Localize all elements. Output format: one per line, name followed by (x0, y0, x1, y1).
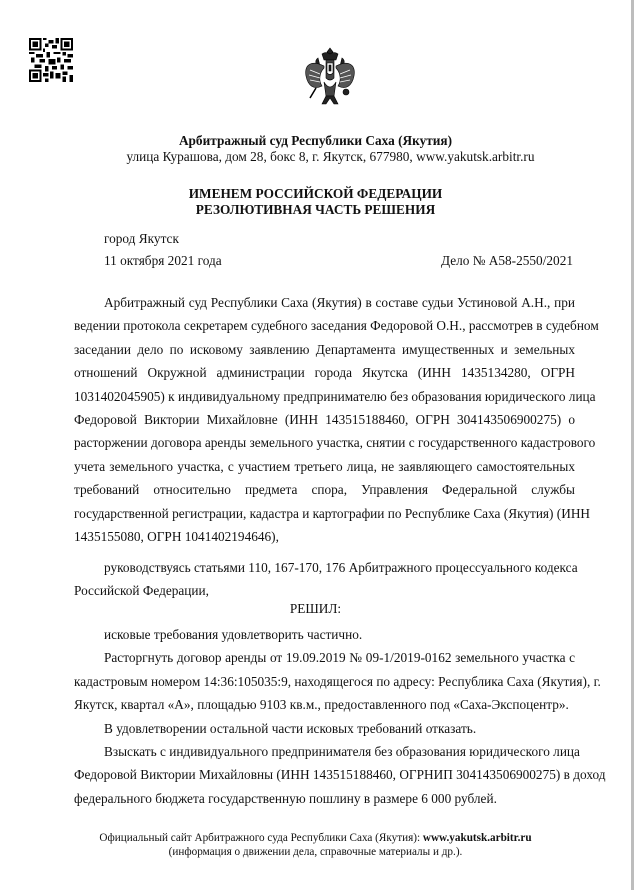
footer-site-prefix: Официальный сайт Арбитражного суда Респу… (99, 832, 422, 844)
text-line: Федоровой Виктории Михайловны (ИНН 14351… (74, 763, 575, 786)
text-line: расторжении договора аренды земельного у… (74, 431, 575, 454)
text-line: исковые требования удовлетворить частичн… (74, 623, 575, 646)
city: город Якутск (104, 231, 179, 247)
text-line: руководствуясь статьями 110, 167-170, 17… (74, 556, 575, 579)
intro-paragraph: Арбитражный суд Республики Саха (Якутия)… (74, 291, 575, 548)
decision-date: 11 октября 2021 года (104, 253, 222, 269)
text-line: В удовлетворении остальной части исковых… (74, 717, 575, 740)
decision-paragraphs: исковые требования удовлетворить частичн… (74, 623, 575, 810)
text-line: федерального бюджета государственную пош… (74, 787, 575, 810)
court-name: Арбитражный суд Республики Саха (Якутия) (0, 133, 631, 149)
decided-label: РЕШИЛ: (0, 601, 631, 617)
text-line: отношений Окружной администрации города … (74, 361, 575, 384)
coat-of-arms-icon (300, 46, 360, 108)
text-line: кадастровым номером 14:36:105035:9, нахо… (74, 670, 575, 693)
text-line: Арбитражный суд Республики Саха (Якутия)… (74, 291, 575, 314)
case-number: Дело № А58-2550/2021 (441, 253, 573, 269)
text-line: Российской Федерации, (74, 579, 575, 602)
footer-site-line: Официальный сайт Арбитражного суда Респу… (0, 832, 631, 844)
text-line: государственной регистрации, кадастра и … (74, 502, 575, 525)
text-line: Расторгнуть договор аренды от 19.09.2019… (74, 646, 575, 669)
text-line: заседании дело по исковому заявлению Деп… (74, 338, 575, 361)
text-line: требований относительно предмета спора, … (74, 478, 575, 501)
text-line: Взыскать с индивидуального предпринимате… (74, 740, 575, 763)
document-heading: ИМЕНЕМ РОССИЙСКОЙ ФЕДЕРАЦИИ (0, 186, 631, 202)
text-line: 1435155080, ОГРН 1041402194646), (74, 525, 575, 548)
text-line: Федоровой Виктории Михайловне (ИНН 14351… (74, 408, 575, 431)
court-address: улица Курашова, дом 28, бокс 8, г. Якутс… (0, 149, 631, 165)
legal-basis-paragraph: руководствуясь статьями 110, 167-170, 17… (74, 556, 575, 603)
document-subheading: РЕЗОЛЮТИВНАЯ ЧАСТЬ РЕШЕНИЯ (0, 202, 631, 218)
document-page: Арбитражный суд Республики Саха (Якутия)… (0, 0, 634, 890)
footer-site-link[interactable]: www.yakutsk.arbitr.ru (423, 832, 532, 844)
footer-note: (информация о движении дела, справочные … (0, 846, 631, 858)
qr-code-icon (29, 33, 73, 87)
text-line: ведении протокола секретарем судебного з… (74, 314, 575, 337)
text-line: Якутск, квартал «А», площадью 9103 кв.м.… (74, 693, 575, 716)
text-line: учета земельного участка, с участием тре… (74, 455, 575, 478)
text-line: 1031402045905) к индивидуальному предпри… (74, 385, 575, 408)
